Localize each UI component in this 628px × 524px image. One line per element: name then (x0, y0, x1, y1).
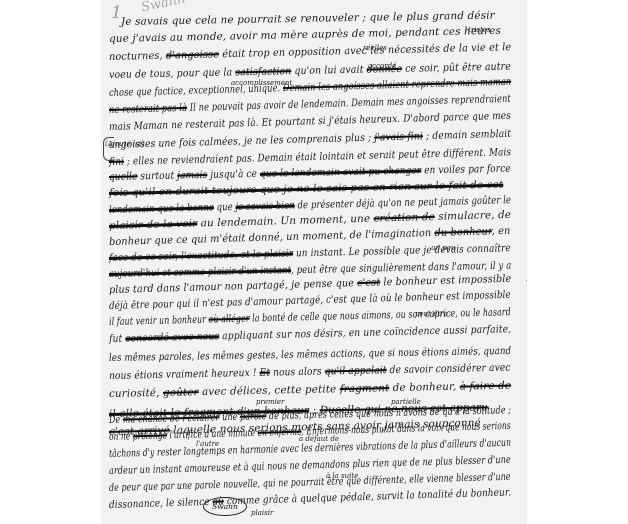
line-text: simulacre, de (435, 209, 512, 223)
line-text: la bonté de celle que nous aimons, ou so… (249, 306, 510, 324)
insertion-text: plaisir (251, 509, 273, 517)
line-text: un instant. Le possible que je devais co… (293, 242, 511, 259)
struck-text: en enferme (258, 426, 302, 439)
line-text: en voiles par force (421, 163, 511, 177)
line-text: nocturnes, (109, 50, 166, 63)
struck-text: où alléger (208, 313, 249, 326)
line-text: nous alors (270, 365, 325, 378)
insertion-text: partielle (391, 398, 421, 406)
struck-text: quelle (109, 170, 138, 183)
struck-text: prolonge (133, 429, 168, 442)
struck-text: goûter (163, 386, 199, 399)
insertion-text: à la suite (326, 472, 358, 480)
line-text: on ne (109, 430, 133, 443)
insertion-text: premier (256, 398, 284, 406)
struck-text: création de (373, 211, 435, 225)
struck-text: satisfaction (235, 65, 291, 78)
manuscript-line: nous étions vraiment heureux ! Et nous a… (109, 362, 511, 382)
struck-text: Et (259, 367, 270, 379)
line-text: jusqu'à ce (207, 168, 260, 181)
struck-text: plaisir de la voir (109, 218, 198, 232)
struck-text: ma chance de l'éclairer (123, 411, 220, 425)
struck-text: Demain les angoisses allaient reprendre … (283, 76, 512, 94)
line-text: nous étions vraiment heureux ! (109, 367, 260, 382)
struck-text: d'angoisse (166, 48, 219, 61)
struck-text: parole (240, 410, 267, 423)
line-text: qu'on lui avait (291, 64, 367, 78)
line-text: ce soir, pût être autre (402, 61, 511, 75)
line-text: il faut venir un bonheur (109, 314, 209, 328)
insertion-text: l'autre (196, 440, 219, 448)
insertion-text: peut être (415, 310, 448, 318)
line-text: curiosité, (109, 387, 163, 400)
insertion-text: accordé (368, 62, 396, 70)
line-text: dissonance, le silence (109, 496, 213, 511)
insertion-text: un peu (431, 244, 455, 252)
struck-text: du bonheur (434, 225, 491, 239)
struck-text: aujourd'hui et comme plaisir d'un instan… (109, 264, 291, 280)
struck-text: je savais bien (235, 199, 294, 212)
line-text: de savoir considérer avec (386, 362, 510, 377)
struck-text: jamais (177, 169, 207, 182)
struck-text: c'est (357, 276, 380, 289)
line-text: les mêmes paroles, les mêmes gestes, les… (109, 345, 511, 364)
struck-text: fini (109, 156, 124, 168)
line-text: angoisses une fois calmées, je ne les co… (109, 132, 375, 151)
struck-text: lendemain que la bonne (109, 201, 214, 216)
struck-text: ne resterait pas là (109, 102, 187, 116)
struck-text: qu'il appelait (325, 364, 387, 377)
struck-text: que le lendemain avait pu changer (260, 164, 421, 179)
manuscript-line: curiosité, goûter avec délices, cette pe… (109, 380, 511, 400)
insertion-text: accomplissement (231, 79, 292, 87)
line-text: ; demain semblait (423, 128, 511, 142)
struck-text: j'avais fini (374, 130, 423, 143)
struck-text: fragment (340, 382, 390, 395)
line-text: De (109, 414, 123, 426)
struck-text: concordé avec nous (125, 330, 219, 344)
line-text: voeu de tous, pour que la (109, 66, 236, 81)
struck-text: face de ce soir, l'exactitude, et le pla… (109, 248, 293, 264)
circled-annotation: Swann (203, 497, 247, 516)
struck-text: à faire de (460, 380, 512, 393)
pencil-annotation: Swann (140, 0, 187, 15)
line-text: fut (109, 333, 126, 345)
insertion-text: voir (526, 278, 527, 286)
line-text: de bonheur, (389, 381, 460, 394)
line-text: une (219, 411, 240, 423)
insertion-text: réelles (363, 44, 387, 52)
manuscript-line: les mêmes paroles, les mêmes gestes, les… (109, 345, 511, 364)
line-text: , en (492, 225, 511, 238)
line-text: avec délices, cette petite (198, 383, 339, 398)
insertion-text: tristes (468, 26, 491, 34)
manuscript-page: 1 Swann (Ajouté ici) Je savais que cela … (101, 0, 527, 524)
line-text: surtout (137, 170, 177, 183)
manuscript-line: nocturnes, d'angoisse était trop en oppo… (109, 41, 512, 63)
line-text: le bonheur est impossible (380, 273, 511, 289)
line-text: appliquant sur nos désirs, en une coïnci… (219, 323, 511, 342)
line-text: que (214, 201, 236, 214)
line-text: au lendemain. Un moment, une (197, 213, 374, 230)
insertion-text: à défaut de (299, 435, 339, 443)
